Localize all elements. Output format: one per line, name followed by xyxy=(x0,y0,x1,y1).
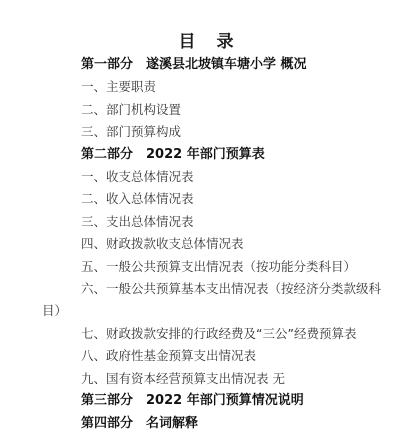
toc-section-heading: 第一部分 遂溪县北坡镇车塘小学 概况 xyxy=(42,54,400,76)
toc-item: 三、部门预算构成 xyxy=(42,121,400,143)
toc-item: 五、一般公共预算支出情况表（按功能分类科目） xyxy=(42,256,400,278)
toc-page: 目 录 第一部分 遂溪县北坡镇车塘小学 概况一、主要职责二、部门机构设置三、部门… xyxy=(0,0,414,432)
page-title: 目 录 xyxy=(42,31,372,53)
toc-item: 三、支出总体情况表 xyxy=(42,211,400,233)
toc-section-heading: 第二部分 2022 年部门预算表 xyxy=(42,144,400,166)
toc-item: 二、收入总体情况表 xyxy=(42,188,400,210)
toc-section-heading: 第四部分 名词解释 xyxy=(42,413,400,432)
toc-item: 一、主要职责 xyxy=(42,76,400,98)
toc-item: 八、政府性基金预算支出情况表 xyxy=(42,345,400,367)
toc-item: 四、财政拨款收支总体情况表 xyxy=(42,233,400,255)
toc-item: 一、收支总体情况表 xyxy=(42,166,400,188)
toc-item: 九、国有资本经营预算支出情况表 无 xyxy=(42,368,400,390)
toc-list: 第一部分 遂溪县北坡镇车塘小学 概况一、主要职责二、部门机构设置三、部门预算构成… xyxy=(42,54,400,432)
toc-item: 七、财政拨款安排的行政经费及“三公”经费预算表 xyxy=(42,323,400,345)
toc-item: 六、一般公共预算基本支出情况表（按经济分类款级科 目） xyxy=(42,278,400,323)
toc-item: 二、部门机构设置 xyxy=(42,99,400,121)
toc-section-heading: 第三部分 2022 年部门预算情况说明 xyxy=(42,390,400,412)
